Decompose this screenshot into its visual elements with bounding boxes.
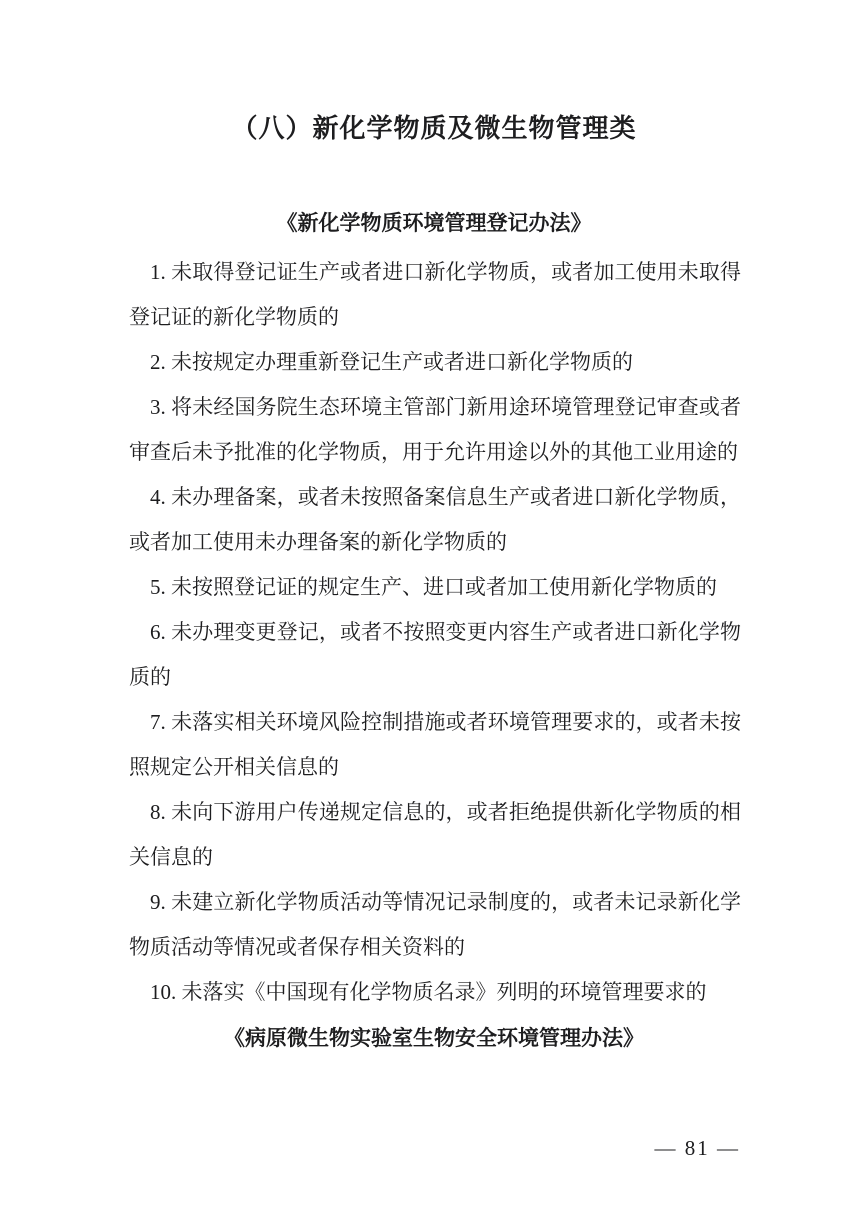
list-item: 6. 未办理变更登记，或者不按照变更内容生产或者进口新化学物质的 [129,610,741,700]
page-title: （八）新化学物质及微生物管理类 [0,0,868,144]
list-item: 8. 未向下游用户传递规定信息的，或者拒绝提供新化学物质的相关信息的 [129,790,741,880]
document-body: 1. 未取得登记证生产或者进口新化学物质，或者加工使用未取得登记证的新化学物质的… [129,250,741,1015]
list-item: 4. 未办理备案，或者未按照备案信息生产或者进口新化学物质，或者加工使用未办理备… [129,475,741,565]
list-item: 2. 未按规定办理重新登记生产或者进口新化学物质的 [129,340,741,385]
list-item: 10. 未落实《中国现有化学物质名录》列明的环境管理要求的 [129,970,741,1015]
section-heading-registration-measures: 《新化学物质环境管理登记办法》 [0,210,868,236]
list-item: 3. 将未经国务院生态环境主管部门新用途环境管理登记审查或者审查后未予批准的化学… [129,385,741,475]
document-page: （八）新化学物质及微生物管理类 《新化学物质环境管理登记办法》 1. 未取得登记… [0,0,868,1227]
list-item: 9. 未建立新化学物质活动等情况记录制度的，或者未记录新化学物质活动等情况或者保… [129,880,741,970]
section-heading-pathogenic-microorganism-lab: 《病原微生物实验室生物安全环境管理办法》 [0,1025,868,1051]
page-number: — 81 — [655,1136,741,1160]
list-item: 5. 未按照登记证的规定生产、进口或者加工使用新化学物质的 [129,565,741,610]
list-item: 7. 未落实相关环境风险控制措施或者环境管理要求的，或者未按照规定公开相关信息的 [129,700,741,790]
list-item: 1. 未取得登记证生产或者进口新化学物质，或者加工使用未取得登记证的新化学物质的 [129,250,741,340]
